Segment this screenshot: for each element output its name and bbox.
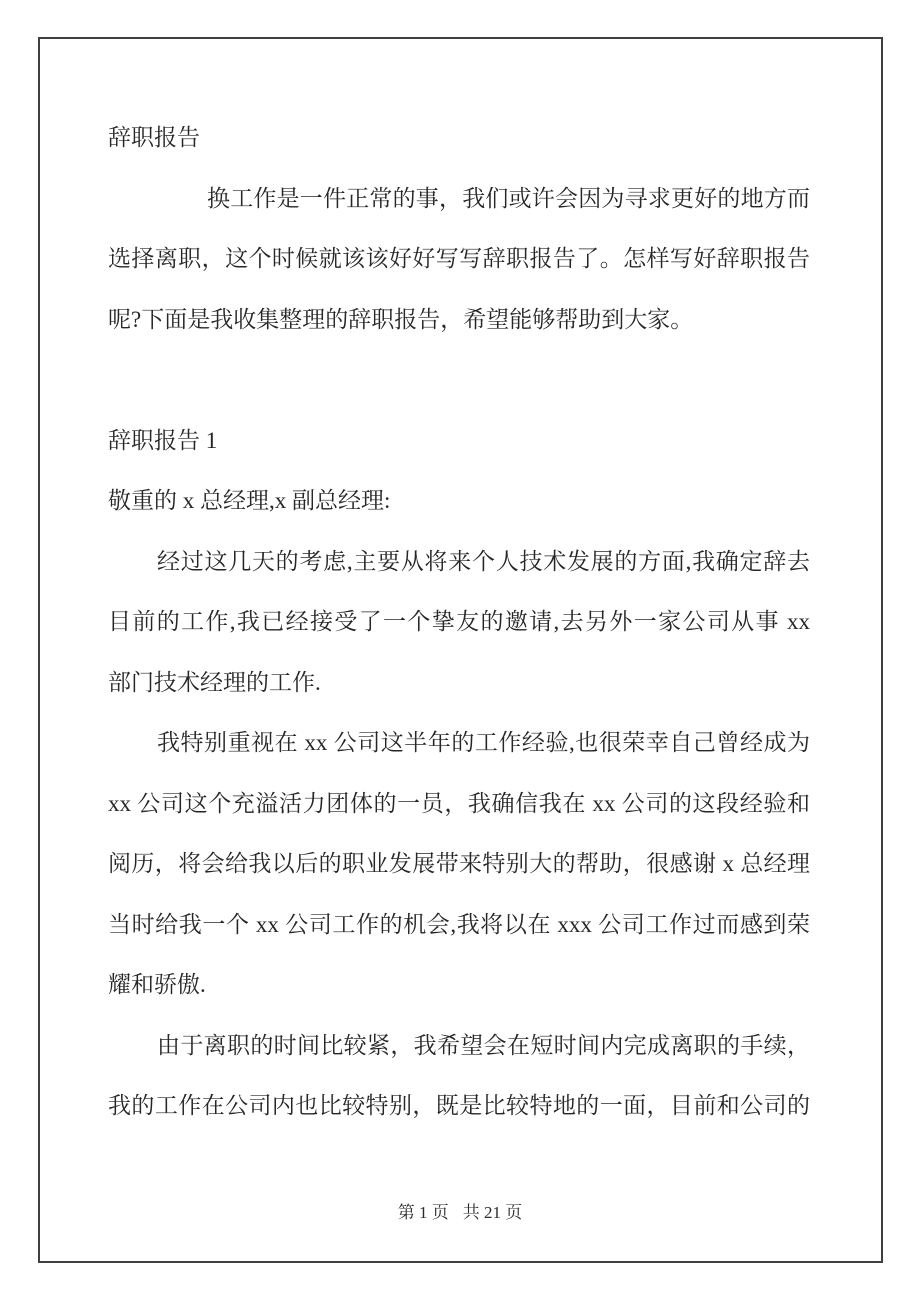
body-line: 经过这几天的考虑,主要从将来个人技术发展的方面,我确定辞去 <box>108 532 810 593</box>
body-line: 我的工作在公司内也比较特别，既是比较特地的一面，目前和公司的 <box>108 1076 810 1137</box>
total-pages-label: 共 21 页 <box>463 1203 523 1222</box>
current-page-label: 第 1 页 <box>398 1203 449 1222</box>
salutation-line: 敬重的 x 总经理,x 副总经理: <box>108 471 810 532</box>
body-line: 由于离职的时间比较紧，我希望会在短时间内完成离职的手续， <box>108 1016 810 1077</box>
document-body: 辞职报告 换工作是一件正常的事，我们或许会因为寻求更好的地方而 选择离职，这个时… <box>108 108 810 1137</box>
body-line: 耀和骄傲. <box>108 955 810 1016</box>
body-line: 目前的工作,我已经接受了一个挚友的邀请,去另外一家公司从事 xx <box>108 592 810 653</box>
body-line: 阅历，将会给我以后的职业发展带来特别大的帮助，很感谢 x 总经理 <box>108 834 810 895</box>
page-footer: 第 1 页共 21 页 <box>0 1202 920 1224</box>
body-line: 部门技术经理的工作. <box>108 653 810 714</box>
blank-line <box>108 350 810 411</box>
intro-paragraph-line: 呢?下面是我收集整理的辞职报告，希望能够帮助到大家。 <box>108 290 810 351</box>
body-line: 当时给我一个 xx 公司工作的机会,我将以在 xxx 公司工作过而感到荣 <box>108 895 810 956</box>
intro-paragraph-line: 换工作是一件正常的事，我们或许会因为寻求更好的地方而 <box>108 169 810 230</box>
document-title: 辞职报告 <box>108 108 810 169</box>
section-heading-report-1: 辞职报告 1 <box>108 411 810 472</box>
body-line: 我特别重视在 xx 公司这半年的工作经验,也很荣幸自己曾经成为 <box>108 713 810 774</box>
body-line: xx 公司这个充溢活力团体的一员，我确信我在 xx 公司的这段经验和 <box>108 774 810 835</box>
intro-paragraph-line: 选择离职，这个时候就该该好好写写辞职报告了。怎样写好辞职报告 <box>108 229 810 290</box>
